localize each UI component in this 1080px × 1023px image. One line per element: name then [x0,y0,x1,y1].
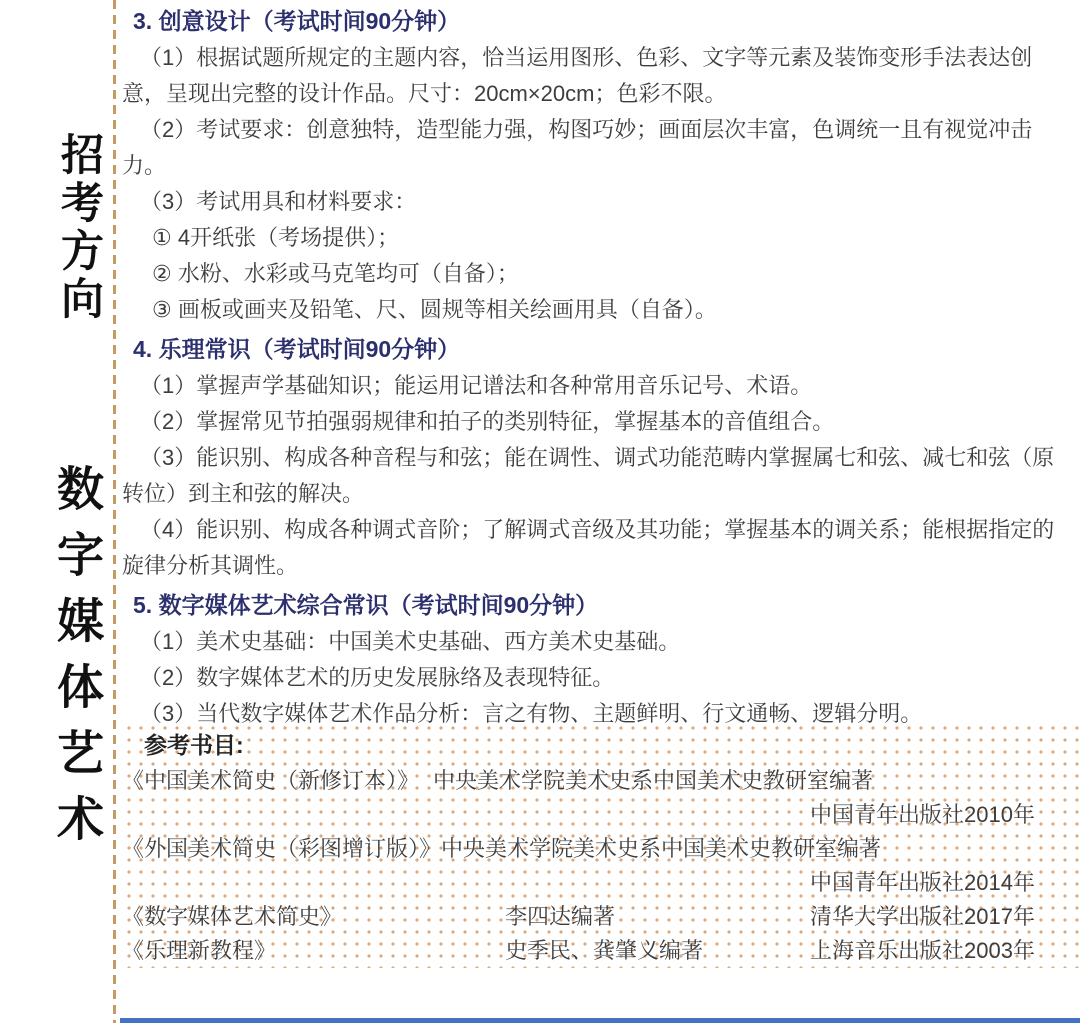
book-entry-4: 《乐理新教程》 史季民、龚肇义编著 上海音乐出版社2003年 [122,934,1035,968]
document-page: 招考方向 数字媒体艺术 3. 创意设计（考试时间90分钟） （1）根据试题所规定… [0,0,1080,1023]
references-heading: 参考书目: [122,730,1035,760]
section-3-heading: 3. 创意设计（考试时间90分钟） [122,0,1072,40]
book-title: 《乐理新教程》 [122,934,505,968]
exam-requirements-body: 3. 创意设计（考试时间90分钟） （1）根据试题所规定的主题内容，恰当运用图形… [122,0,1072,732]
book-entry-3: 《数字媒体艺术简史》 李四达编著 清华大学出版社2017年 [122,900,1035,934]
section-3-subitem-3: ③ 画板或画夹及铅笔、尺、圆规等相关绘画用具（自备）。 [122,292,1072,328]
section-4-item-2: （2）掌握常见节拍强弱规律和拍子的类别特征，掌握基本的音值组合。 [122,404,1072,440]
section-4-item-4: （4）能识别、构成各种调式音阶；了解调式音级及其功能；掌握基本的调关系；能根据指… [122,512,1072,584]
section-3-item-2: （2）考试要求：创意独特，造型能力强，构图巧妙；画面层次丰富，色调统一且有视觉冲… [122,112,1072,184]
section-4-item-3: （3）能识别、构成各种音程与和弦；能在调性、调式功能范畴内掌握属七和弦、减七和弦… [122,440,1072,512]
book-author: 史季民、龚肇义编著 [505,934,810,968]
section-3-item-1: （1）根据试题所规定的主题内容，恰当运用图形、色彩、文字等元素及装饰变形手法表达… [122,40,1072,112]
book-title: 《中国美术简史（新修订本）》 [122,768,419,793]
book-publisher: 上海音乐出版社2003年 [810,934,1035,968]
section-3-subitem-2: ② 水粉、水彩或马克笔均可（自备）； [122,256,1072,292]
book-entry-2: 《外国美术简史（彩图增订版）》中央美术学院美术史系中国美术史教研室编著 [122,832,1035,866]
book-author: 中央美术学院美术史系中国美术史教研室编著 [441,836,881,861]
section-5-item-1: （1）美术史基础：中国美术史基础、西方美术史基础。 [122,624,1072,660]
section-5-heading: 5. 数字媒体艺术综合常识（考试时间90分钟） [122,584,1072,624]
dashed-divider [113,0,116,1023]
section-4-heading: 4. 乐理常识（考试时间90分钟） [122,328,1072,368]
book-entry-1: 《中国美术简史（新修订本）》中央美术学院美术史系中国美术史教研室编著 [122,764,1035,798]
book-publisher: 中国青年出版社2014年 [122,866,1035,900]
section-4-item-1: （1）掌握声学基础知识；能运用记谱法和各种常用音乐记号、术语。 [122,368,1072,404]
sidebar-label-admission-direction: 招考方向 [49,132,110,324]
book-author: 李四达编著 [505,900,810,934]
section-3-item-3: （3）考试用具和材料要求： [122,184,1072,220]
book-title: 《数字媒体艺术简史》 [122,900,505,934]
book-author: 中央美术学院美术史系中国美术史教研室编著 [433,768,873,793]
section-3-subitem-1: ① 4开纸张（考场提供）； [122,220,1072,256]
bottom-accent-line [120,1018,1080,1023]
book-publisher: 清华大学出版社2017年 [810,900,1035,934]
sidebar-label-digital-media-art: 数字媒体艺术 [44,464,111,860]
book-title: 《外国美术简史（彩图增订版）》 [122,836,441,861]
book-publisher: 中国青年出版社2010年 [122,798,1035,832]
section-5-item-2: （2）数字媒体艺术的历史发展脉络及表现特征。 [122,660,1072,696]
reference-books-panel: 参考书目: 《中国美术简史（新修订本）》中央美术学院美术史系中国美术史教研室编著… [120,718,1080,968]
